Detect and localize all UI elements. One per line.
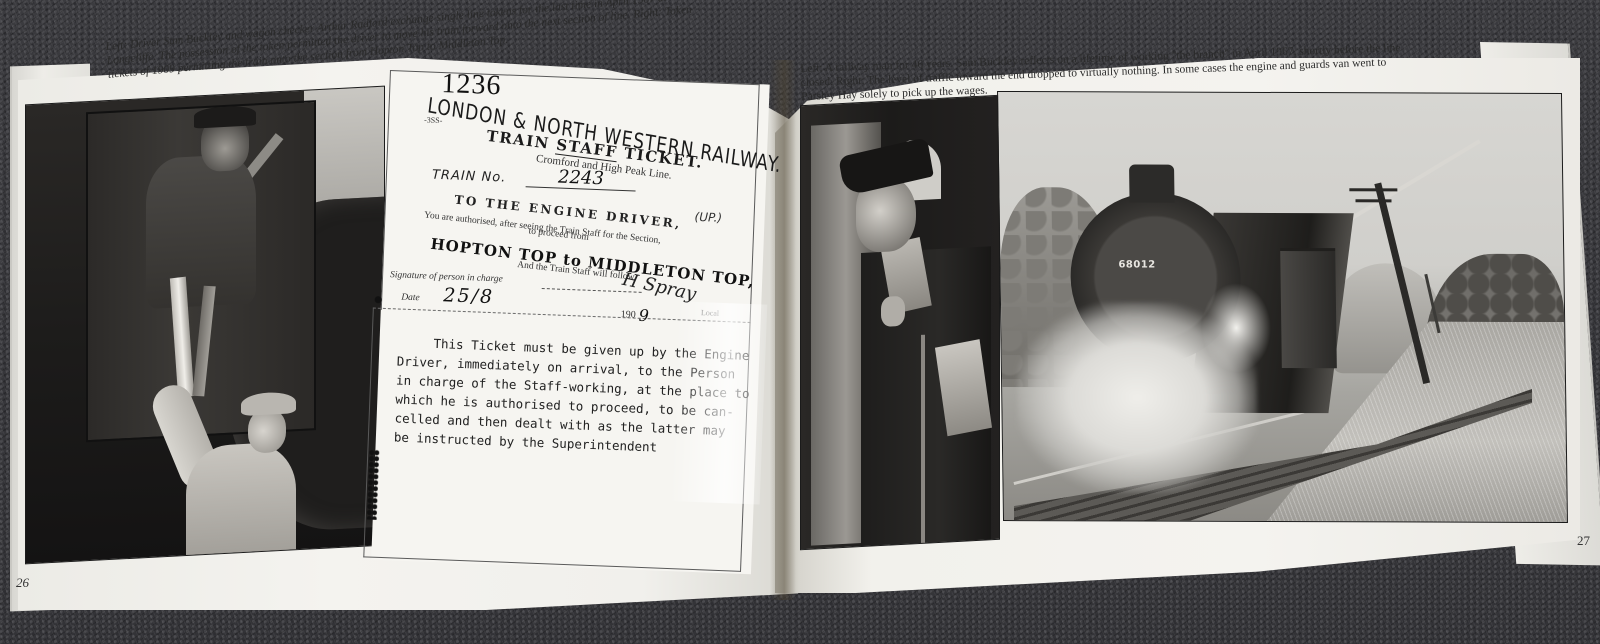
open-book: Left: Driver Sam Buckley and wagon check…	[0, 0, 1600, 644]
driver-figure	[146, 153, 256, 309]
railwayman-portrait-photo	[800, 95, 1000, 550]
page-number-left: 26	[16, 575, 29, 591]
ticket-train-number: 2243	[526, 165, 637, 191]
wagon-checker-figure	[186, 441, 296, 564]
page-number-right: 27	[1577, 533, 1590, 549]
locomotive-number: 68012	[1118, 259, 1155, 270]
book-gutter	[770, 60, 796, 600]
steam-locomotive-photo: 68012	[997, 91, 1568, 523]
train-staff-ticket: 1236 LONDON & NORTH WESTERN RAILWAY. -3S…	[371, 70, 770, 574]
token-exchange-photo	[25, 86, 385, 565]
ticket-date: 25/8	[443, 284, 494, 308]
